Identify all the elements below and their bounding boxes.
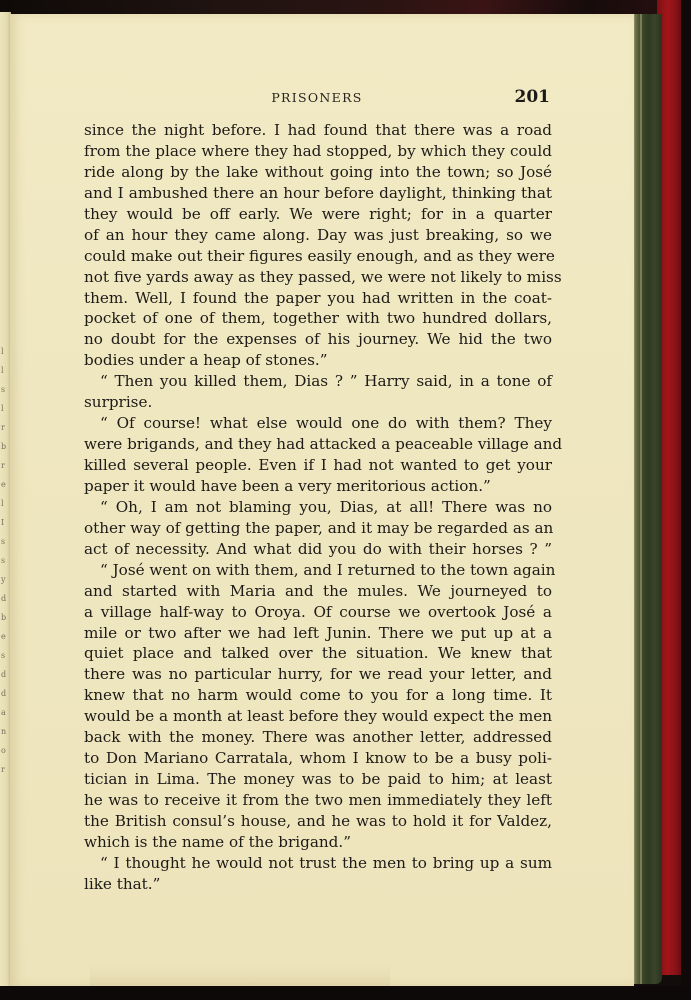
text-line: them. Well, I found the paper you had wr… [84, 288, 552, 309]
bleed-glyph: s [1, 646, 9, 665]
text-line: tician in Lima. The money was to be paid… [84, 769, 552, 790]
text-line: which is the name of the brigand.” [84, 832, 552, 853]
facing-page-bleed-text: llslrbrelIssydbesddanor [1, 342, 9, 779]
text-line: “ Of course! what else would one do with… [84, 413, 552, 434]
text-line: since the night before. I had found that… [84, 120, 552, 141]
bleed-glyph: a [1, 703, 9, 722]
bleed-glyph: n [1, 722, 9, 741]
text-line: the British consul’s house, and he was t… [84, 811, 552, 832]
text-line: would be a month at least before they wo… [84, 706, 552, 727]
text-line: “ I thought he would not trust the men t… [84, 853, 552, 874]
bleed-glyph: d [1, 589, 9, 608]
text-line: not five yards away as they passed, we w… [84, 267, 552, 288]
text-line: there was no particular hurry, for we re… [84, 664, 552, 685]
bleed-glyph: b [1, 437, 9, 456]
text-line: pocket of one of them, together with two… [84, 308, 552, 329]
bleed-glyph: l [1, 399, 9, 418]
text-line: were brigands, and they had attacked a p… [84, 434, 552, 455]
bleed-glyph: l [1, 361, 9, 380]
text-line: he was to receive it from the two men im… [84, 790, 552, 811]
text-line: like that.” [84, 874, 552, 895]
text-line: quiet place and talked over the situatio… [84, 643, 552, 664]
text-line: surprise. [84, 392, 552, 413]
bleed-glyph: r [1, 456, 9, 475]
text-line: “ Then you killed them, Dias ? ” Harry s… [84, 371, 552, 392]
body-text: since the night before. I had found that… [84, 120, 552, 895]
text-line: other way of getting the paper, and it m… [84, 518, 552, 539]
text-line: “ José went on with them, and I returned… [84, 560, 552, 581]
text-line: back with the money. There was another l… [84, 727, 552, 748]
page-number: 201 [515, 87, 551, 107]
text-line: no doubt for the expenses of his journey… [84, 329, 552, 350]
text-line: and I ambushed there an hour before dayl… [84, 183, 552, 204]
bleed-glyph: I [1, 513, 9, 532]
bleed-glyph: d [1, 684, 9, 703]
text-line: of an hour they came along. Day was just… [84, 225, 552, 246]
text-line: could make out their figures easily enou… [84, 246, 552, 267]
book-bottom-edge [0, 986, 691, 1000]
text-line: they would be off early. We were right; … [84, 204, 552, 225]
book-cover-shadow [681, 0, 691, 1000]
text-line: ride along by the lake without going int… [84, 162, 552, 183]
bleed-glyph: e [1, 475, 9, 494]
bleed-glyph: d [1, 665, 9, 684]
bleed-glyph: r [1, 760, 9, 779]
text-line: a village half-way to Oroya. Of course w… [84, 602, 552, 623]
text-line: act of necessity. And what did you do wi… [84, 539, 552, 560]
text-line: from the place where they had stopped, b… [84, 141, 552, 162]
text-line: “ Oh, I am not blaming you, Dias, at all… [84, 497, 552, 518]
text-line: to Don Mariano Carratala, whom I know to… [84, 748, 552, 769]
bleed-glyph: o [1, 741, 9, 760]
bleed-glyph: l [1, 494, 9, 513]
bleed-glyph: s [1, 532, 9, 551]
text-line: mile or two after we had left Junin. The… [84, 623, 552, 644]
bleed-glyph: b [1, 608, 9, 627]
text-line: paper it would have been a very meritori… [84, 476, 552, 497]
text-line: knew that no harm would come to you for … [84, 685, 552, 706]
bleed-glyph: e [1, 627, 9, 646]
bleed-glyph: s [1, 551, 9, 570]
running-title: PRISONERS [84, 90, 550, 105]
bleed-glyph: r [1, 418, 9, 437]
running-header: PRISONERS 201 [84, 88, 550, 108]
bleed-glyph: s [1, 380, 9, 399]
bleed-glyph: l [1, 342, 9, 361]
text-line: bodies under a heap of stones.” [84, 350, 552, 371]
text-line: killed several people. Even if I had not… [84, 455, 552, 476]
page-edges-stack [632, 14, 662, 984]
bleed-glyph: y [1, 570, 9, 589]
text-line: and started with Maria and the mules. We… [84, 581, 552, 602]
